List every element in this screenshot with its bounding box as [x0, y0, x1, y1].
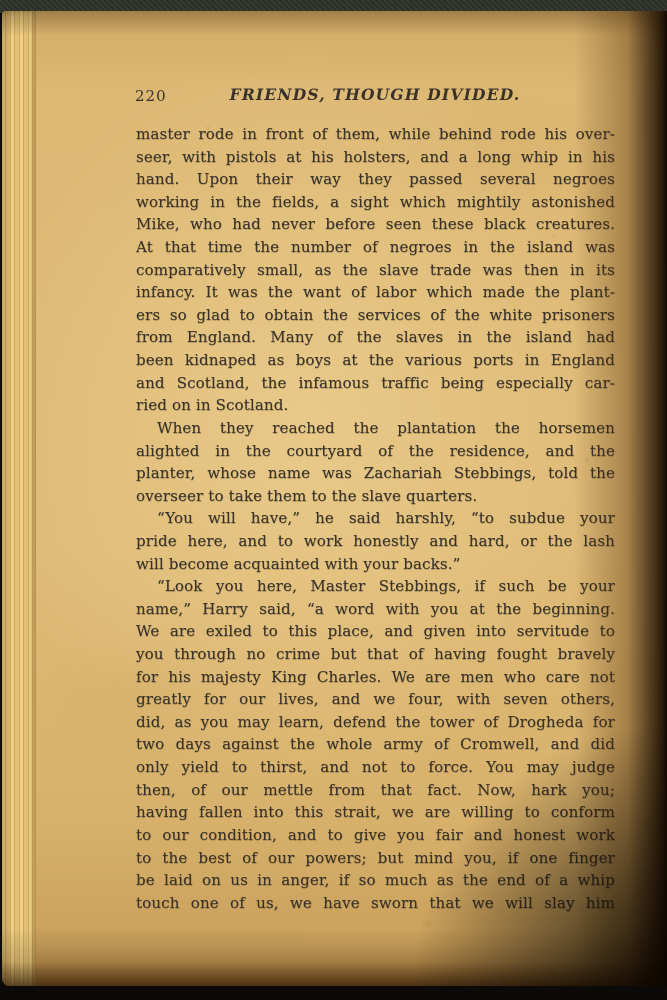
text-line: for his majesty King Charles. We are men… [136, 666, 615, 689]
text-line: When they reached the plantation the hor… [136, 417, 615, 440]
running-header: FRIENDS, THOUGH DIVIDED. [135, 85, 615, 104]
text-line: We are exiled to this place, and given i… [136, 620, 615, 643]
text-line: alighted in the courtyard of the residen… [136, 440, 615, 463]
scanned-book-photo: 220 FRIENDS, THOUGH DIVIDED. master rode… [0, 0, 667, 1000]
text-line: Mike, who had never before seen these bl… [136, 213, 615, 236]
page-stack-edge [2, 11, 36, 987]
text-line: from England. Many of the slaves in the … [136, 326, 615, 349]
text-line: be laid on us in anger, if so much as th… [136, 869, 615, 892]
text-line: master rode in front of them, while behi… [136, 123, 615, 146]
text-line: pride here, and to work honestly and har… [136, 530, 615, 553]
text-line: to our condition, and to give you fair a… [136, 824, 615, 847]
text-line: “You will have,” he said harshly, “to su… [136, 507, 615, 530]
text-line: infancy. It was the want of labor which … [136, 281, 615, 304]
text-line: greatly for our lives, and we four, with… [136, 688, 615, 711]
text-line: ers so glad to obtain the services of th… [136, 304, 615, 327]
text-line: name,” Harry said, “a word with you at t… [136, 598, 615, 621]
text-line: you through no crime but that of having … [136, 643, 615, 666]
text-line: will become acquainted with your backs.” [136, 553, 615, 576]
text-line: only yield to thirst, and not to force. … [136, 756, 615, 779]
text-line: and Scotland, the infamous traffic being… [136, 372, 615, 395]
text-line: At that time the number of negroes in th… [136, 236, 615, 259]
text-line: ried on in Scotland. [136, 394, 615, 417]
text-line: two days against the whole army of Cromw… [136, 733, 615, 756]
page-header: 220 FRIENDS, THOUGH DIVIDED. [135, 85, 615, 107]
text-line: comparatively small, as the slave trade … [136, 259, 615, 282]
text-line: hand. Upon their way they passed several… [136, 168, 615, 191]
text-line: did, as you may learn, defend the tower … [136, 711, 615, 734]
text-line: planter, whose name was Zachariah Stebbi… [136, 462, 615, 485]
text-line: having fallen into this strait, we are w… [136, 801, 615, 824]
text-line: seer, with pistols at his holsters, and … [136, 146, 615, 169]
body-text: master rode in front of them, while behi… [136, 123, 615, 914]
book-page: 220 FRIENDS, THOUGH DIVIDED. master rode… [2, 11, 667, 987]
text-line: then, of our mettle from that fact. Now,… [136, 779, 615, 802]
text-line: touch one of us, we have sworn that we w… [136, 892, 615, 915]
text-line: working in the fields, a sight which mig… [136, 191, 615, 214]
scanner-bed-bottom-edge [0, 986, 667, 1000]
text-line: “Look you here, Master Stebbings, if suc… [136, 575, 615, 598]
text-line: been kidnaped as boys at the various por… [136, 349, 615, 372]
text-line: to the best of our powers; but mind you,… [136, 847, 615, 870]
text-line: overseer to take them to the slave quart… [136, 485, 615, 508]
